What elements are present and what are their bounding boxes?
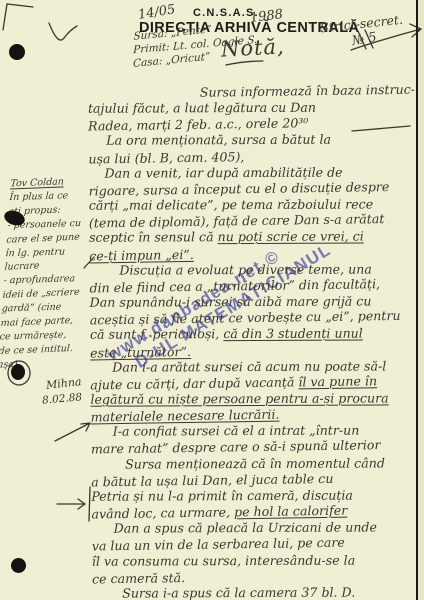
- manuscript-text: de ce se intitul.: [0, 343, 73, 357]
- manuscript-text: că sunt f. periculoși,: [90, 326, 223, 342]
- manuscript-text: este „turnător”.: [90, 343, 191, 359]
- manuscript-text: sceptic în sensul că: [89, 230, 218, 246]
- manuscript-text: îl va consuma cu sursa, interesându-se l…: [92, 552, 355, 568]
- check-mark: [49, 23, 77, 40]
- manuscript-text: legătură cu niște persoane pentru a-și p…: [90, 390, 388, 406]
- manuscript-text: Sursa informează în baza instruc-: [200, 82, 415, 100]
- note-body: Sursa informează în baza instruc-tajului…: [88, 83, 424, 600]
- officer-signature: Mihna: [45, 375, 82, 392]
- ink-blot: [11, 364, 25, 380]
- manuscript-text: ce cameră stă.: [92, 570, 185, 586]
- hole-punch-dot: [11, 558, 26, 573]
- manuscript-text: ajute cu cărți, dar după vacanță: [90, 374, 298, 392]
- manuscript-text: nu poți scrie ce vrei, ci: [218, 229, 364, 245]
- manuscript-text: Petria și nu l-a primit în cameră, discu…: [91, 487, 353, 503]
- margin-arrow-icon: [57, 487, 90, 521]
- manuscript-text: va lua un vin de la serbarea lui, pe car…: [92, 535, 345, 554]
- manuscript-text: mai face parte,: [0, 315, 73, 329]
- manuscript-text: Sursa i-a spus că la camera 37 bl. D.: [122, 584, 355, 600]
- manuscript-text: Dan spunându-i sursei să aibă mare grijă…: [90, 294, 372, 310]
- manuscript-text: a bătut la ușa lui Dan, el juca table cu: [91, 471, 333, 490]
- manuscript-text: ce urmărește,: [0, 329, 67, 342]
- manuscript-text: ideii de „scriere: [2, 287, 80, 301]
- manuscript-text: Sursa menționează că în momentul când: [125, 455, 385, 471]
- manuscript-text: care el se pune: [6, 231, 80, 245]
- manuscript-text: Tov Coldan: [10, 176, 64, 189]
- manuscript-text: I-a confiat sursei că el a intrat „într-…: [113, 423, 360, 439]
- manuscript-text: gardă” (cine: [1, 302, 61, 315]
- manuscript-text: La ora menționată, sursa a bătut la: [106, 132, 331, 148]
- scanned-document-page: www.danbadea.net © D-UL MATEMATICIANUL C…: [0, 0, 424, 600]
- manuscript-text: cărți „mai delicate”, pe tema războiului…: [89, 197, 373, 213]
- manuscript-text: pe hol la calorifer: [234, 503, 347, 520]
- manuscript-text: în lg. pentru: [5, 246, 65, 259]
- manuscript-text: - aprofundarea: [3, 274, 75, 287]
- manuscript-text: Dan a venit, iar după amabilitățile de: [104, 164, 342, 180]
- manuscript-text: ușa lui (bl. B, cam. 405),: [88, 149, 244, 166]
- margin-annotation: Tov ColdanÎn plus la ceați propus:- pers…: [0, 174, 99, 372]
- margin-arrow-icon: [55, 423, 90, 441]
- manuscript-text: îl va pune în: [298, 373, 377, 389]
- note-title: Notă,: [220, 34, 285, 61]
- manuscript-line: Sursa i-a spus că la camera 37 bl. D.: [92, 584, 424, 600]
- manuscript-text: mare rahat” despre care o să-i spună ult…: [91, 438, 381, 457]
- hole-punch-dot: [9, 44, 25, 60]
- manuscript-text: lucrare: [4, 261, 40, 273]
- manuscript-text: Dan a spus că pleacă la Urzicani de unde: [114, 520, 377, 536]
- manuscript-text: din ele fiind cea a „turnătorilor” din f…: [89, 276, 380, 295]
- manuscript-text: că din 3 studenți unul: [223, 326, 363, 342]
- corner-fold-mark: [3, 4, 33, 30]
- manuscript-text: rigoare, sursa a început cu el o discuți…: [89, 179, 390, 198]
- copy-number: № 5: [351, 30, 378, 49]
- manuscript-text: Dan i-a arătat sursei că acum nu poate s…: [112, 358, 386, 374]
- manuscript-text: Discuția a evoluat pe diverse teme, una: [119, 261, 372, 277]
- manuscript-text: ce-ți impun „ei”.: [89, 246, 194, 263]
- annotation-date: 8.02.88: [42, 391, 83, 406]
- manuscript-text: În plus la ce: [9, 190, 68, 203]
- manuscript-text: materialele necesare lucrării.: [91, 407, 280, 425]
- manuscript-text: având loc, ca urmare,: [91, 504, 234, 521]
- manuscript-text: tajului făcut, a luat legătura cu Dan: [88, 100, 316, 116]
